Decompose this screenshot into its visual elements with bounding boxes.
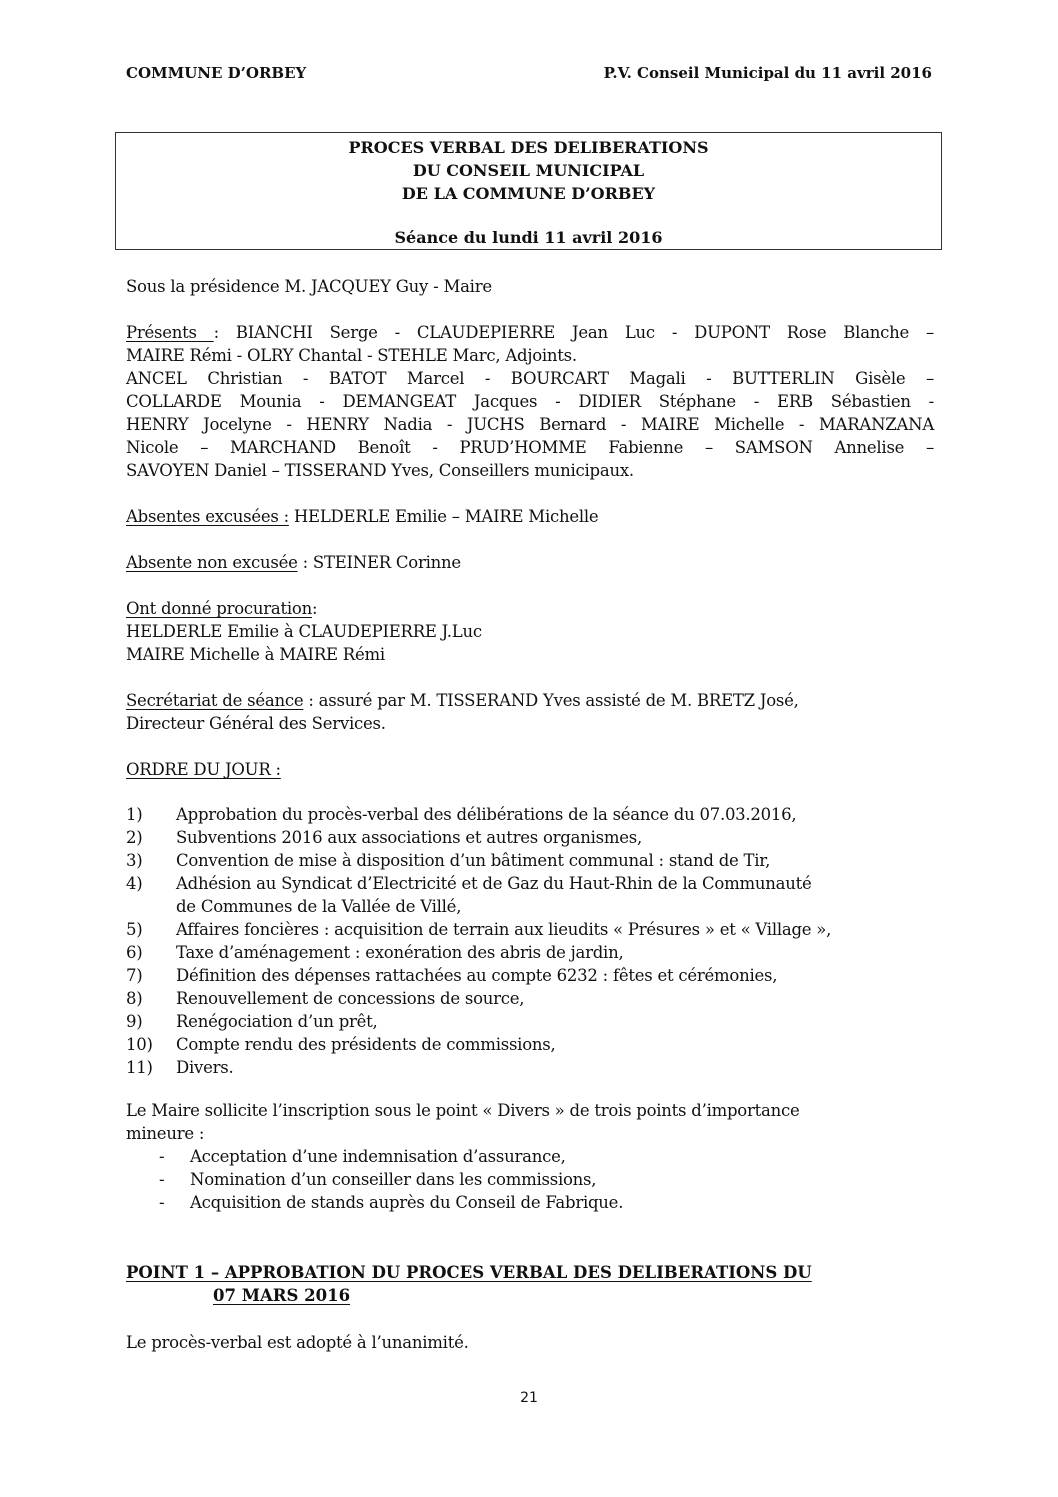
agenda-item: 9)Renégociation d’un prêt,: [126, 1010, 936, 1033]
agenda-list: 1)Approbation du procès-verbal des délib…: [126, 803, 936, 1079]
presents-line-1: Présents : BIANCHI Serge - CLAUDEPIERRE …: [126, 321, 934, 344]
agenda-item: 2)Subventions 2016 aux associations et a…: [126, 826, 936, 849]
dash-bullet-icon: -: [159, 1145, 164, 1168]
dash-bullet-icon: -: [159, 1191, 164, 1214]
absente-non-excusee-value: : STEINER Corinne: [298, 553, 461, 572]
secretariat-line-2: Directeur Général des Services.: [126, 712, 934, 735]
divers-intro-line-2: mineure :: [126, 1122, 934, 1145]
ordre-du-jour-heading: ORDRE DU JOUR :: [126, 758, 934, 781]
absente-non-excusee: Absente non excusée : STEINER Corinne: [126, 551, 934, 574]
title-line-3: DE LA COMMUNE D’ORBEY: [116, 182, 941, 205]
title-line-1: PROCES VERBAL DES DELIBERATIONS: [116, 136, 941, 159]
agenda-text: Renouvellement de concessions de source,: [176, 989, 524, 1008]
conseillers-line-2: COLLARDE Mounia - DEMANGEAT Jacques - DI…: [126, 390, 934, 413]
agenda-item: 4)Adhésion au Syndicat d’Electricité et …: [126, 872, 936, 918]
agenda-text-continued: de Communes de la Vallée de Villé,: [176, 895, 936, 918]
procuration-item: MAIRE Michelle à MAIRE Rémi: [126, 643, 934, 666]
page-number: 21: [0, 1390, 1058, 1406]
procurations-heading: Ont donné procuration:: [126, 597, 934, 620]
agenda-number: 9): [126, 1010, 142, 1033]
point-1-heading: POINT 1 – APPROBATION DU PROCES VERBAL D…: [126, 1261, 926, 1307]
agenda-text: Taxe d’aménagement : exonération des abr…: [176, 943, 623, 962]
procurations-colon: :: [312, 599, 317, 618]
agenda-item: 7)Définition des dépenses rattachées au …: [126, 964, 936, 987]
agenda-item: 3)Convention de mise à disposition d’un …: [126, 849, 936, 872]
session-date: Séance du lundi 11 avril 2016: [116, 226, 941, 249]
procurations-label: Ont donné procuration: [126, 599, 312, 618]
agenda-text: Affaires foncières : acquisition de terr…: [176, 920, 831, 939]
agenda-text: Subventions 2016 aux associations et aut…: [176, 828, 642, 847]
divers-intro: Le Maire sollicite l’inscription sous le…: [126, 1099, 934, 1145]
presents-section: Présents : BIANCHI Serge - CLAUDEPIERRE …: [126, 321, 934, 482]
agenda-number: 4): [126, 872, 142, 895]
point-1-date: 07 MARS 2016: [213, 1286, 350, 1305]
divers-item-text: Acquisition de stands auprès du Conseil …: [190, 1193, 623, 1212]
header-document-title: P.V. Conseil Municipal du 11 avril 2016: [604, 64, 932, 82]
title-line-2: DU CONSEIL MUNICIPAL: [116, 159, 941, 182]
agenda-number: 5): [126, 918, 142, 941]
agenda-item: 5)Affaires foncières : acquisition de te…: [126, 918, 936, 941]
agenda-number: 1): [126, 803, 142, 826]
divers-item: -Nomination d’un conseiller dans les com…: [126, 1168, 936, 1191]
agenda-number: 8): [126, 987, 142, 1010]
header-commune: COMMUNE D’ORBEY: [126, 64, 306, 82]
agenda-number: 6): [126, 941, 142, 964]
agenda-item: 11)Divers.: [126, 1056, 936, 1079]
divers-item-text: Acceptation d’une indemnisation d’assura…: [190, 1147, 566, 1166]
presidence: Sous la présidence M. JACQUEY Guy - Mair…: [126, 275, 934, 298]
agenda-text: Convention de mise à disposition d’un bâ…: [176, 851, 770, 870]
secretariat-value: : assuré par M. TISSERAND Yves assisté d…: [303, 691, 798, 710]
agenda-number: 7): [126, 964, 142, 987]
divers-item-text: Nomination d’un conseiller dans les comm…: [190, 1170, 596, 1189]
agenda-text: Approbation du procès-verbal des délibér…: [176, 805, 796, 824]
ordre-du-jour-label: ORDRE DU JOUR :: [126, 760, 281, 779]
title-box: PROCES VERBAL DES DELIBERATIONS DU CONSE…: [115, 132, 942, 250]
point-1-heading-line-1: POINT 1 – APPROBATION DU PROCES VERBAL D…: [126, 1261, 926, 1284]
secretariat-label: Secrétariat de séance: [126, 691, 303, 710]
agenda-text: Divers.: [176, 1058, 233, 1077]
divers-list: -Acceptation d’une indemnisation d’assur…: [126, 1145, 936, 1214]
procurations: Ont donné procuration: HELDERLE Emilie à…: [126, 597, 934, 666]
agenda-number: 11): [126, 1056, 153, 1079]
secretariat: Secrétariat de séance : assuré par M. TI…: [126, 689, 934, 735]
point-1-title: POINT 1 – APPROBATION DU PROCES VERBAL D…: [126, 1263, 812, 1282]
agenda-text: Renégociation d’un prêt,: [176, 1012, 378, 1031]
agenda-number: 10): [126, 1033, 153, 1056]
agenda-item: 10)Compte rendu des présidents de commis…: [126, 1033, 936, 1056]
conseillers-line-4: Nicole – MARCHAND Benoît - PRUD’HOMME Fa…: [126, 436, 934, 459]
conseillers-line-3: HENRY Jocelyne - HENRY Nadia - JUCHS Ber…: [126, 413, 934, 436]
dash-bullet-icon: -: [159, 1168, 164, 1191]
conseillers-line-5: SAVOYEN Daniel – TISSERAND Yves, Conseil…: [126, 459, 934, 482]
procuration-item: HELDERLE Emilie à CLAUDEPIERRE J.Luc: [126, 620, 934, 643]
absentes-excusees: Absentes excusées : HELDERLE Emilie – MA…: [126, 505, 934, 528]
presents-adjoints-1: BIANCHI Serge - CLAUDEPIERRE Jean Luc - …: [219, 323, 934, 342]
divers-intro-line-1: Le Maire sollicite l’inscription sous le…: [126, 1099, 934, 1122]
point-1-heading-line-2: 07 MARS 2016: [126, 1284, 926, 1307]
point-1-text: Le procès-verbal est adopté à l’unanimit…: [126, 1331, 934, 1354]
agenda-item: 6)Taxe d’aménagement : exonération des a…: [126, 941, 936, 964]
agenda-text: Définition des dépenses rattachées au co…: [176, 966, 777, 985]
divers-item: -Acquisition de stands auprès du Conseil…: [126, 1191, 936, 1214]
secretariat-line-1: Secrétariat de séance : assuré par M. TI…: [126, 689, 934, 712]
agenda-item: 8)Renouvellement de concessions de sourc…: [126, 987, 936, 1010]
absente-non-excusee-label: Absente non excusée: [126, 553, 298, 572]
divers-item: -Acceptation d’une indemnisation d’assur…: [126, 1145, 936, 1168]
presents-adjoints-2: MAIRE Rémi - OLRY Chantal - STEHLE Marc,…: [126, 344, 934, 367]
conseillers-line-1: ANCEL Christian - BATOT Marcel - BOURCAR…: [126, 367, 934, 390]
agenda-number: 2): [126, 826, 142, 849]
agenda-text: Compte rendu des présidents de commissio…: [176, 1035, 555, 1054]
presents-label: Présents: [126, 323, 214, 342]
agenda-text: Adhésion au Syndicat d’Electricité et de…: [176, 872, 936, 895]
absentes-excusees-label: Absentes excusées :: [126, 507, 289, 526]
agenda-item: 1)Approbation du procès-verbal des délib…: [126, 803, 936, 826]
absentes-excusees-value: HELDERLE Emilie – MAIRE Michelle: [289, 507, 599, 526]
document-page: COMMUNE D’ORBEY P.V. Conseil Municipal d…: [0, 0, 1058, 1497]
agenda-number: 3): [126, 849, 142, 872]
